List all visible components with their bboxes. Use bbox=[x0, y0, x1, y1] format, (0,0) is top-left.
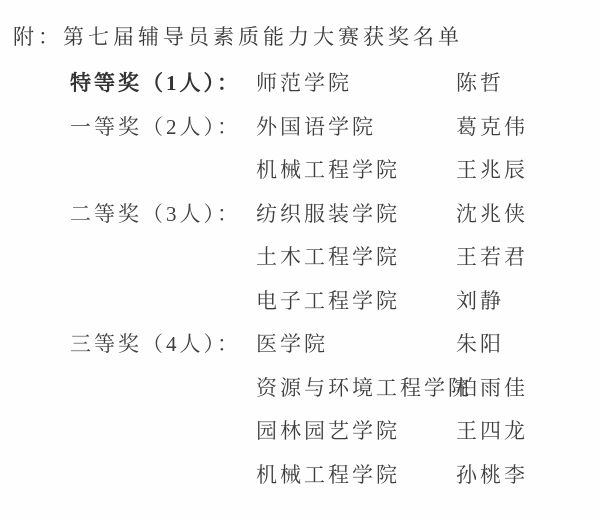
award-list: 特等奖（1人）： 师范学院 陈哲 一等奖（2人）： 外国语学院 葛克伟 机械工程… bbox=[0, 71, 599, 506]
college-name: 纺织服装学院 bbox=[256, 202, 456, 227]
college-name: 师范学院 bbox=[256, 71, 456, 96]
award-row: 特等奖（1人）： 师范学院 陈哲 bbox=[0, 71, 599, 115]
award-document: 附：第七届辅导员素质能力大赛获奖名单 特等奖（1人）： 师范学院 陈哲 一等奖（… bbox=[0, 0, 599, 519]
winner-name: 葛克伟 bbox=[456, 115, 599, 140]
winner-name: 刘静 bbox=[456, 289, 599, 314]
college-name: 机械工程学院 bbox=[256, 463, 456, 488]
award-row: 机械工程学院 王兆辰 bbox=[0, 158, 599, 202]
document-title: 附：第七届辅导员素质能力大赛获奖名单 bbox=[13, 25, 463, 50]
award-tier-label: 特等奖（1人）： bbox=[70, 71, 256, 96]
award-tier-label: 一等奖（2人）： bbox=[70, 115, 256, 140]
winner-name: 柏雨佳 bbox=[456, 376, 599, 401]
winner-name: 孙桃李 bbox=[456, 463, 599, 488]
college-name: 园林园艺学院 bbox=[256, 419, 456, 444]
college-name: 资源与环境工程学院 bbox=[256, 376, 456, 401]
award-tier-label: 二等奖（3人）： bbox=[70, 202, 256, 227]
award-row: 三等奖（4人）： 医学院 朱阳 bbox=[0, 332, 599, 376]
winner-name: 陈哲 bbox=[456, 71, 599, 96]
award-row: 电子工程学院 刘静 bbox=[0, 289, 599, 333]
winner-name: 沈兆侠 bbox=[456, 202, 599, 227]
award-row: 土木工程学院 王若君 bbox=[0, 245, 599, 289]
winner-name: 王若君 bbox=[456, 245, 599, 270]
college-name: 外国语学院 bbox=[256, 115, 456, 140]
award-tier-label: 三等奖（4人）： bbox=[70, 332, 256, 357]
winner-name: 朱阳 bbox=[456, 332, 599, 357]
winner-name: 王兆辰 bbox=[456, 158, 599, 183]
award-row: 机械工程学院 孙桃李 bbox=[0, 463, 599, 507]
college-name: 电子工程学院 bbox=[256, 289, 456, 314]
award-row: 园林园艺学院 王四龙 bbox=[0, 419, 599, 463]
college-name: 机械工程学院 bbox=[256, 158, 456, 183]
college-name: 土木工程学院 bbox=[256, 245, 456, 270]
award-row: 一等奖（2人）： 外国语学院 葛克伟 bbox=[0, 115, 599, 159]
award-row: 资源与环境工程学院 柏雨佳 bbox=[0, 376, 599, 420]
college-name: 医学院 bbox=[256, 332, 456, 357]
award-row: 二等奖（3人）： 纺织服装学院 沈兆侠 bbox=[0, 202, 599, 246]
winner-name: 王四龙 bbox=[456, 419, 599, 444]
